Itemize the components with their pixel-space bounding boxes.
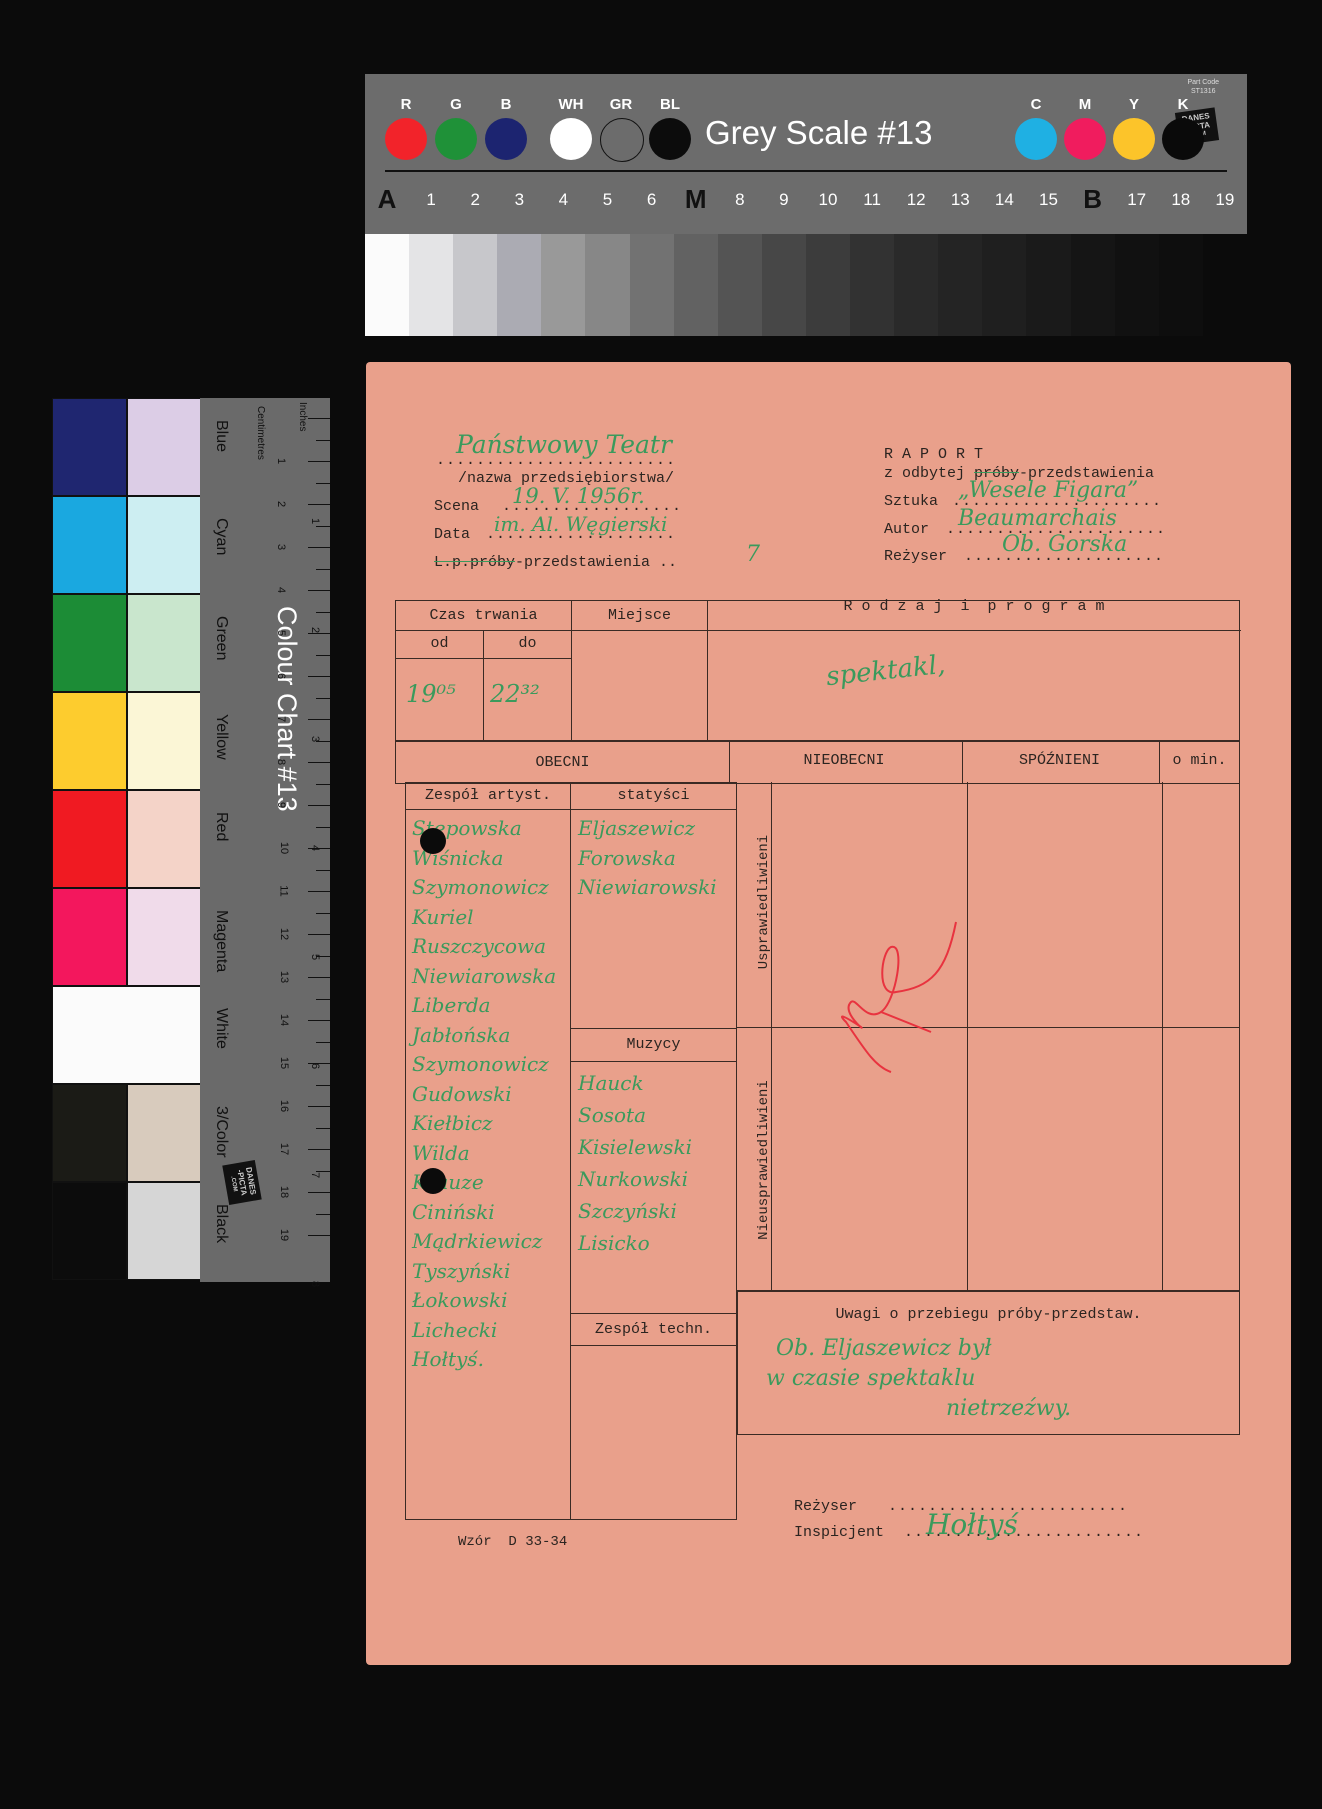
grey-step-label: 1 — [411, 190, 451, 210]
swatch-magenta-tint — [127, 888, 202, 986]
o-min-header: o min. — [1159, 752, 1240, 769]
ruler-tick — [308, 590, 330, 591]
cm-mark: 18 — [278, 1186, 290, 1198]
grey-patch — [674, 234, 718, 336]
uwagi-label: Uwagi o przebiegu próby-przedstaw. — [737, 1306, 1240, 1323]
swatch-3/color-solid — [52, 1084, 127, 1182]
uwagi-line: nietrzeźwy. — [946, 1394, 1071, 1424]
sztuka-value: „Wesele Figara” — [958, 478, 1138, 503]
grey-patch — [894, 234, 938, 336]
lp-label: L.p.próby-przedstawienia .. — [434, 554, 677, 571]
inch-mark: 6 — [309, 1063, 321, 1069]
grey-patch — [718, 234, 762, 336]
list-item: Niewiarowska — [412, 962, 556, 992]
ruler-tick — [316, 440, 330, 441]
cm-mark: 7 — [275, 716, 287, 722]
swatch-name: Green — [212, 616, 230, 660]
swatch-green-tint — [127, 594, 202, 692]
grey-step-label: 13 — [940, 190, 980, 210]
ruler-tick — [308, 762, 330, 763]
autor-label: Autor — [884, 521, 929, 538]
grey-scale-step-labels: A123456M89101112131415B171819 — [365, 184, 1247, 220]
zespol-artyst-list: StępowskaWiśnickaSzymonowiczKurielRuszcz… — [412, 814, 556, 1375]
list-item: Forowska — [578, 844, 717, 874]
muzycy-list: HauckSosotaKisielewskiNurkowskiSzczyński… — [578, 1067, 692, 1259]
inches-label: Inches — [297, 402, 308, 431]
grey-patch — [806, 234, 850, 336]
do-value: 22³² — [490, 680, 540, 708]
grey-step-label: 3 — [499, 190, 539, 210]
list-item: Hauck — [578, 1067, 692, 1099]
nieusprawiedliwieni-label: Nieusprawiedliwieni — [756, 1070, 772, 1250]
list-item: Tyszyński — [412, 1257, 556, 1287]
list-item: Jabłońska — [412, 1021, 556, 1051]
color-dot-gr — [600, 118, 644, 162]
color-dot-c — [1015, 118, 1057, 160]
ruler-tick — [308, 504, 330, 505]
list-item: Hołtyś. — [412, 1345, 556, 1375]
color-dot-r — [385, 118, 427, 160]
grey-patch — [1026, 234, 1070, 336]
list-item: Wilda — [412, 1139, 556, 1169]
list-item: Gudowski — [412, 1080, 556, 1110]
ruler-tick — [308, 719, 330, 720]
divider — [1162, 782, 1163, 1292]
ruler-tick — [316, 698, 330, 699]
footer-inspicjent-signature: Hołtyś — [926, 1508, 1018, 1541]
lp-value: 7 — [746, 542, 760, 567]
ruler-tick — [308, 1235, 330, 1236]
grey-patch — [541, 234, 585, 336]
list-item: Kuriel — [412, 903, 556, 933]
dot-label-gr: GR — [601, 96, 641, 113]
swatch-name: Blue — [212, 420, 230, 452]
rezyser-label: Reżyser — [884, 548, 947, 565]
grey-patch — [982, 234, 1026, 336]
cm-mark: 13 — [278, 971, 290, 983]
grey-step-label: 4 — [543, 190, 583, 210]
swatch-black-solid — [52, 1182, 127, 1280]
colour-chart-title: Colour Chart #13 — [271, 606, 302, 812]
list-item: Szczyński — [578, 1195, 692, 1227]
grey-patch — [1071, 234, 1115, 336]
part-code-value: ST1316 — [1187, 87, 1219, 96]
swatch-name: White — [212, 1008, 230, 1049]
list-item: Szymonowicz — [412, 1050, 556, 1080]
statysci-list: EljaszewiczForowskaNiewiarowski — [578, 814, 717, 903]
ruler-tick — [316, 1214, 330, 1215]
dot-label-wh: WH — [551, 96, 591, 113]
swatch-name: Red — [212, 812, 230, 841]
ruler-tick — [308, 934, 330, 935]
color-dot-b — [485, 118, 527, 160]
ruler-tick — [316, 1042, 330, 1043]
list-item: Lichecki — [412, 1316, 556, 1346]
ruler-tick — [308, 805, 330, 806]
ruler-tick — [316, 483, 330, 484]
footer-inspicjent-label: Inspicjent — [794, 1524, 884, 1541]
scena-label: Scena — [434, 498, 479, 515]
grey-step-label: 11 — [852, 190, 892, 210]
scena-value: 19. V. 1956r. — [512, 484, 645, 508]
color-dot-wh — [550, 118, 592, 160]
ruler-tick — [308, 1149, 330, 1150]
cm-mark: 16 — [278, 1100, 290, 1112]
inch-mark: 7 — [309, 1172, 321, 1178]
grey-step-label: 18 — [1161, 190, 1201, 210]
list-item: Szymonowicz — [412, 873, 556, 903]
swatch-name: Yellow — [212, 714, 230, 760]
grey-scale-patches — [365, 234, 1247, 336]
color-dot-m — [1064, 118, 1106, 160]
footer-rezyser-label: Reżyser — [794, 1498, 857, 1515]
swatch-blue-solid — [52, 398, 127, 496]
part-code: Part Code ST1316 — [1187, 78, 1219, 96]
dot-label-b: B — [486, 96, 526, 113]
zespol-techn-header: Zespół techn. — [570, 1321, 737, 1338]
centimetres-label: Centimetres — [255, 406, 266, 460]
swatch-yellow-solid — [52, 692, 127, 790]
grey-patch — [1203, 234, 1247, 336]
grey-step-label: A — [367, 184, 407, 215]
grey-patch — [1159, 234, 1203, 336]
colour-chart-card: Inches Centimetres Colour Chart #13 1234… — [52, 398, 330, 1282]
spoznieni-header: SPÓŹNIENI — [962, 752, 1157, 769]
list-item: Sosota — [578, 1099, 692, 1131]
inch-mark: 3 — [309, 736, 321, 742]
uwagi-line: Ob. Eljaszewicz był — [776, 1334, 1071, 1364]
zespol-artyst-header: Zespół artyst. — [405, 787, 571, 804]
cm-mark: 12 — [278, 928, 290, 940]
cm-mark: 14 — [278, 1014, 290, 1026]
dot-label-r: R — [386, 96, 426, 113]
swatch-blue-tint — [127, 398, 202, 496]
ruler-tick — [316, 913, 330, 914]
dot-label-c: C — [1016, 96, 1056, 113]
czas-trwania-header: Czas trwania — [395, 607, 572, 624]
muzycy-header: Muzycy — [570, 1036, 737, 1053]
grey-step-label: 10 — [808, 190, 848, 210]
inch-mark: 2 — [309, 627, 321, 633]
part-code-label: Part Code — [1187, 78, 1219, 87]
ruler-tick — [316, 526, 330, 527]
dot-label-bl: BL — [650, 96, 690, 113]
divider — [570, 809, 737, 810]
swatch-name: Black — [212, 1204, 230, 1243]
header-row-divider — [571, 630, 1241, 631]
grey-step-label: 19 — [1205, 190, 1245, 210]
grey-step-label: 17 — [1117, 190, 1157, 210]
punch-hole — [420, 828, 446, 854]
uwagi-text: Ob. Eljaszewicz był w czasie spektaklu n… — [766, 1334, 1071, 1424]
grey-step-label: 6 — [632, 190, 672, 210]
color-dot-y — [1113, 118, 1155, 160]
divider — [385, 170, 1227, 172]
inch-mark: 4 — [309, 845, 321, 851]
grey-step-label: 8 — [720, 190, 760, 210]
od-header: od — [395, 635, 484, 652]
grey-scale-title: Grey Scale #13 — [705, 114, 932, 152]
inch-mark: 1 — [309, 518, 321, 524]
cm-mark: 2 — [275, 501, 287, 507]
list-item: Liberda — [412, 991, 556, 1021]
swatch-3/color-tint — [127, 1084, 202, 1182]
swatch-cyan-solid — [52, 496, 127, 594]
list-item: Kiełbicz — [412, 1109, 556, 1139]
report-form: Państwowy Teatr ........................… — [366, 362, 1291, 1665]
uwagi-line: w czasie spektaklu — [766, 1364, 1071, 1394]
divider — [967, 782, 968, 1292]
ruler-tick — [308, 547, 330, 548]
swatch-white — [52, 986, 202, 1084]
list-item: Mądrkiewicz — [412, 1227, 556, 1257]
ruler-tick — [316, 999, 330, 1000]
ruler-tick — [308, 891, 330, 892]
grey-step-label: 15 — [1029, 190, 1069, 210]
ruler-tick — [308, 1106, 330, 1107]
ruler-tick — [316, 784, 330, 785]
swatch-name: 3/Color — [212, 1106, 230, 1158]
dot-label-g: G — [436, 96, 476, 113]
grey-patch — [497, 234, 541, 336]
dot-label-y: Y — [1114, 96, 1154, 113]
grey-scale-target-card: Part Code ST1316 Grey Scale #13 DANES-PI… — [365, 74, 1247, 336]
miejsce-header: Miejsce — [571, 607, 708, 624]
divider — [737, 1027, 1240, 1028]
ruler-tick — [316, 870, 330, 871]
grey-step-label: M — [676, 184, 716, 215]
ruler-tick — [308, 1192, 330, 1193]
cm-mark: 19 — [278, 1229, 290, 1241]
cm-mark: 9 — [275, 802, 287, 808]
ruler-tick — [308, 461, 330, 462]
inch-mark: 8 — [309, 1281, 321, 1287]
cm-mark: 6 — [275, 673, 287, 679]
punch-hole — [420, 1168, 446, 1194]
grey-step-label: 9 — [764, 190, 804, 210]
form-number: Wzór D 33-34 — [458, 1534, 567, 1550]
od-do-divider — [483, 658, 484, 742]
list-item: Eljaszewicz — [578, 814, 717, 844]
swatch-name: Cyan — [212, 518, 230, 555]
list-item: Łokowski — [412, 1286, 556, 1316]
swatch-red-tint — [127, 790, 202, 888]
list-item: Lisicko — [578, 1227, 692, 1259]
list-item: Nurkowski — [578, 1163, 692, 1195]
rodzaj-program-header: R o d z a j i p r o g r a m — [708, 598, 1240, 615]
rezyser-value: Ob. Gorska — [1002, 532, 1127, 557]
lp-label-struck: L.p.próby — [434, 554, 515, 571]
swatch-yellow-tint — [127, 692, 202, 790]
cm-mark: 4 — [275, 587, 287, 593]
do-header: do — [483, 635, 572, 652]
data-value: im. Al. Węgierski — [494, 512, 667, 536]
nieobecni-body — [737, 782, 1240, 1292]
usprawiedliwieni-label: Usprawiedliwieni — [756, 822, 772, 982]
ruler-tick — [316, 612, 330, 613]
ruler-tick — [316, 655, 330, 656]
ruler-tick — [316, 827, 330, 828]
cm-mark: 11 — [278, 885, 290, 896]
sztuka-label: Sztuka — [884, 493, 938, 510]
list-item: Ruszczycowa — [412, 932, 556, 962]
od-value: 19⁰⁵ — [406, 680, 456, 708]
statysci-header: statyści — [570, 787, 737, 804]
ruler-tick — [316, 1128, 330, 1129]
obecni-header: OBECNI — [395, 754, 730, 771]
swatch-cyan-tint — [127, 496, 202, 594]
grey-patch — [1115, 234, 1159, 336]
ruler-tick — [308, 977, 330, 978]
swatch-magenta-solid — [52, 888, 127, 986]
grey-step-label: B — [1073, 184, 1113, 215]
dot-label-m: M — [1065, 96, 1105, 113]
cm-mark: 3 — [275, 544, 287, 550]
grey-patch — [762, 234, 806, 336]
report-title: R A P O R T — [884, 446, 983, 463]
color-dot-k — [1162, 118, 1204, 160]
danes-picta-logo-small: DANES-PICTA.COM — [222, 1160, 261, 1205]
ruler-tick — [316, 569, 330, 570]
grey-patch — [409, 234, 453, 336]
cm-mark: 8 — [275, 759, 287, 765]
list-item: Kisielewski — [578, 1131, 692, 1163]
swatch-red-solid — [52, 790, 127, 888]
ruler: Inches Centimetres Colour Chart #13 1234… — [200, 398, 330, 1282]
data-label: Data — [434, 526, 470, 543]
grey-patch — [630, 234, 674, 336]
ruler-tick — [308, 1020, 330, 1021]
list-item: Niewiarowski — [578, 873, 717, 903]
grey-patch — [850, 234, 894, 336]
inch-mark: 5 — [309, 954, 321, 960]
ruler-tick — [316, 1085, 330, 1086]
dot-label-k: K — [1163, 96, 1203, 113]
swatch-black-tint — [127, 1182, 202, 1280]
grey-patch — [938, 234, 982, 336]
list-item: Ciniński — [412, 1198, 556, 1228]
cm-mark: 15 — [278, 1057, 290, 1069]
grey-patch — [453, 234, 497, 336]
lp-label-rest: -przedstawienia — [515, 554, 650, 571]
grey-step-label: 2 — [455, 190, 495, 210]
nieobecni-header: NIEOBECNI — [729, 752, 959, 769]
czas-row-divider — [395, 630, 572, 631]
color-dot-g — [435, 118, 477, 160]
grey-patch — [585, 234, 629, 336]
grey-step-label: 14 — [984, 190, 1024, 210]
cm-mark: 5 — [275, 630, 287, 636]
red-pencil-mark — [836, 902, 966, 1092]
grey-step-label: 12 — [896, 190, 936, 210]
color-dot-bl — [649, 118, 691, 160]
autor-value: Beaumarchais — [958, 506, 1117, 531]
grey-step-label: 5 — [588, 190, 628, 210]
ruler-tick — [308, 676, 330, 677]
swatch-green-solid — [52, 594, 127, 692]
grey-patch — [365, 234, 409, 336]
ruler-tick — [308, 418, 330, 419]
enterprise-dots: ........................ — [436, 452, 676, 469]
cm-mark: 10 — [278, 842, 290, 854]
divider — [570, 782, 571, 1520]
cm-mark: 17 — [278, 1143, 290, 1155]
cm-mark: 1 — [275, 458, 287, 464]
swatch-name: Magenta — [212, 910, 230, 972]
ruler-tick — [308, 633, 330, 634]
colour-swatches — [52, 398, 202, 1282]
